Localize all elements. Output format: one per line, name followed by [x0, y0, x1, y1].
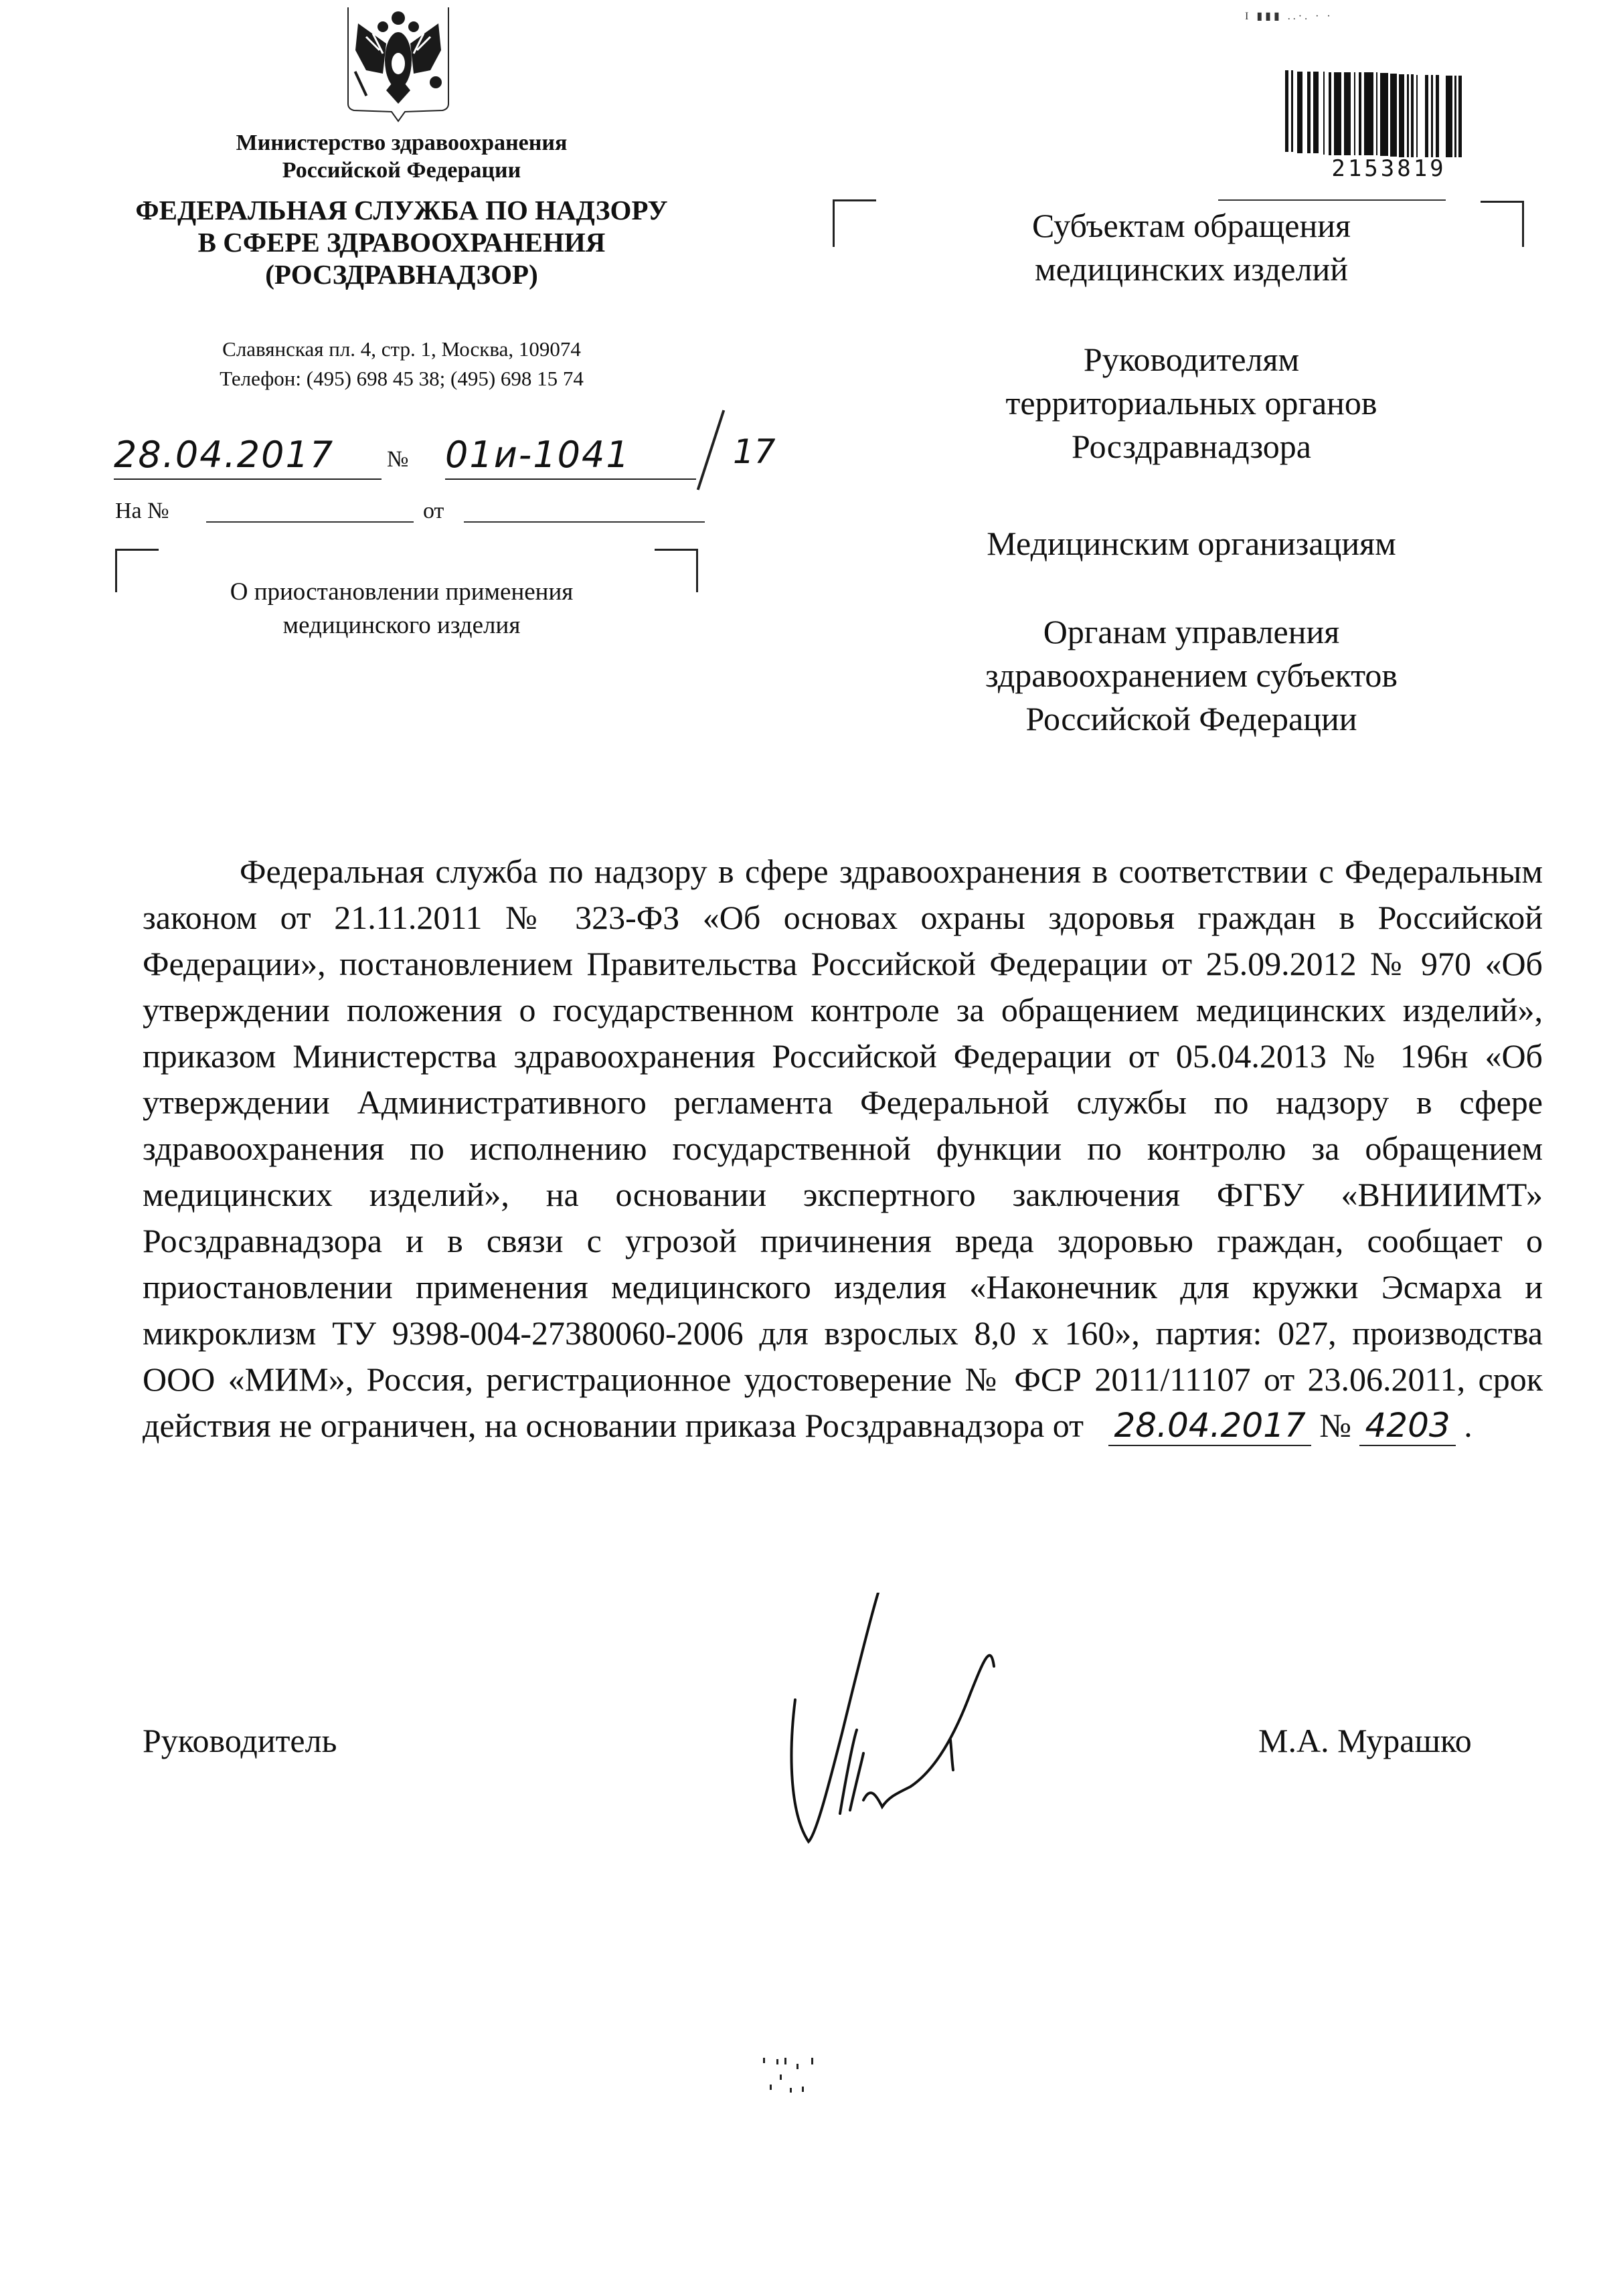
reply-from-label: от — [423, 499, 444, 524]
subject-line-1: О приостановлении применения — [134, 576, 669, 609]
order-date: 28.04.2017 — [1108, 1406, 1311, 1446]
reply-number-label: На № — [115, 499, 169, 524]
recipient-group-1: Субъектам обращения медицинских изделий — [863, 204, 1519, 291]
russian-coat-of-arms-icon — [346, 3, 450, 122]
agency-line-2: В СФЕРЕ ЗДРАВООХРАНЕНИЯ — [100, 226, 703, 258]
reply-date-blank — [464, 521, 705, 523]
recipient-line: Российской Федерации — [863, 697, 1519, 741]
signatory-title: Руководитель — [143, 1721, 337, 1760]
recipient-line: Субъектам обращения — [863, 204, 1519, 248]
order-number: 4203 — [1359, 1406, 1455, 1446]
registration-number-suffix: 17 — [733, 432, 776, 471]
handwritten-signature-icon — [763, 1593, 1165, 1874]
recipient-line: Руководителям — [863, 338, 1519, 381]
ministry-line-1: Министерство здравоохранения — [134, 129, 669, 157]
subject-line-2: медицинского изделия — [134, 609, 669, 642]
recipient-group-3: Медицинским организациям — [863, 522, 1519, 565]
recipient-line: медицинских изделий — [863, 248, 1519, 291]
reply-number-blank — [206, 521, 414, 523]
agency-header: ФЕДЕРАЛЬНАЯ СЛУЖБА ПО НАДЗОРУ В СФЕРЕ ЗД… — [100, 194, 703, 290]
agency-phone: Телефон: (495) 698 45 38; (495) 698 15 7… — [120, 364, 683, 393]
recipient-line: Медицинским организациям — [863, 522, 1519, 565]
recipient-line: здравоохранением субъектов — [863, 654, 1519, 697]
signatory-name: М.А. Мурашко — [1258, 1721, 1472, 1760]
agency-line-1: ФЕДЕРАЛЬНАЯ СЛУЖБА ПО НАДЗОРУ — [100, 194, 703, 226]
recipient-group-2: Руководителям территориальных органов Ро… — [863, 338, 1519, 468]
ministry-line-2: Российской Федерации — [134, 157, 669, 184]
subject-line: О приостановлении применения медицинског… — [134, 576, 669, 642]
recipient-line: Росздравнадзора — [863, 425, 1519, 468]
registration-number-label: № — [387, 447, 408, 472]
order-number-label: № — [1319, 1407, 1351, 1444]
slash-mark — [697, 410, 725, 490]
recipients-block: Субъектам обращения медицинских изделий … — [863, 0, 1519, 749]
body-paragraph: Федеральная служба по надзору в сфере зд… — [143, 849, 1543, 1449]
registration-date: 28.04.2017 — [114, 434, 382, 480]
agency-line-3: (РОСЗДРАВНАДЗОР) — [100, 258, 703, 290]
registration-number: 01и-1041 — [445, 434, 696, 480]
ministry-header: Министерство здравоохранения Российской … — [134, 129, 669, 184]
agency-contacts: Славянская пл. 4, стр. 1, Москва, 109074… — [120, 335, 683, 393]
recipient-line: территориальных органов — [863, 381, 1519, 425]
recipient-line: Органам управления — [863, 610, 1519, 654]
recipient-group-4: Органам управления здравоохранением субъ… — [863, 610, 1519, 741]
registration-line: 28.04.2017 № 01и-1041 17 — [107, 428, 843, 482]
scan-artifacts — [750, 2054, 897, 2101]
agency-address: Славянская пл. 4, стр. 1, Москва, 109074 — [120, 335, 683, 364]
body-paragraph-text: Федеральная служба по надзору в сфере зд… — [143, 853, 1543, 1444]
reply-reference-line: На № от — [107, 492, 709, 532]
body-end-punctuation: . — [1464, 1407, 1473, 1444]
letter-body: Федеральная служба по надзору в сфере зд… — [143, 849, 1543, 1449]
